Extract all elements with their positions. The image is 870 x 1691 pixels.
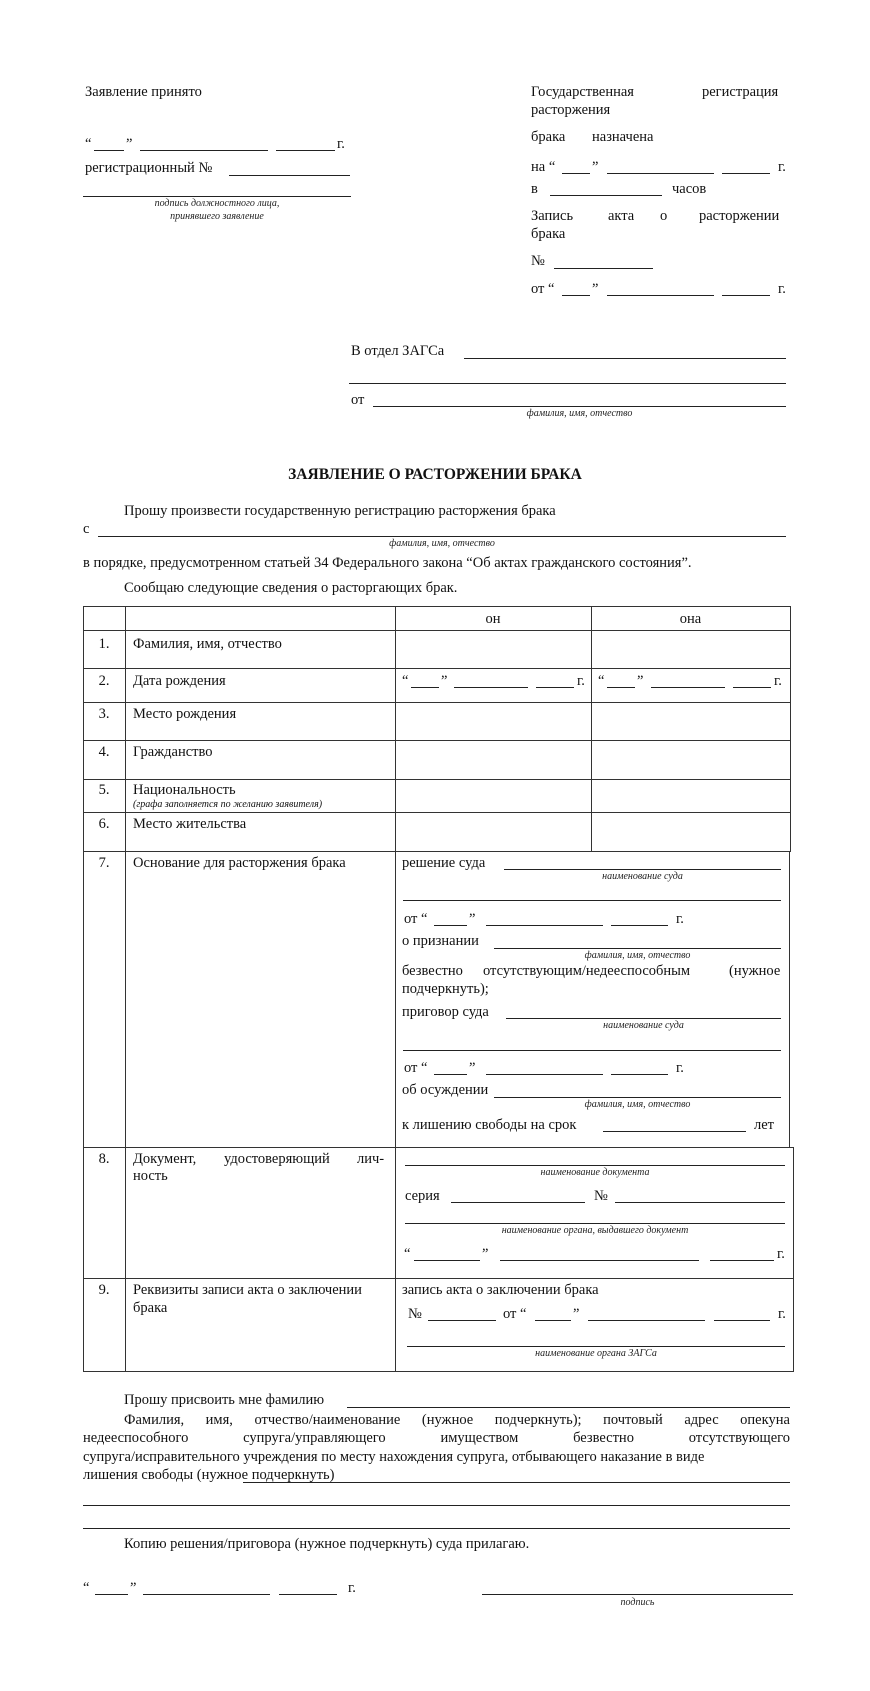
sign-month-field[interactable]	[143, 1594, 270, 1595]
years-label: лет	[754, 1117, 774, 1134]
doc-label-word2: удостоверяющий	[224, 1151, 330, 1168]
he-birth-year-field[interactable]	[536, 687, 574, 688]
guardian-address-field-3[interactable]	[83, 1528, 790, 1529]
record-word2: акта	[608, 208, 634, 225]
guardian-address-field-2[interactable]	[83, 1505, 790, 1506]
she-fio-cell[interactable]	[592, 631, 789, 667]
doc-label-line2: ность	[133, 1168, 168, 1185]
issue-year-field[interactable]	[710, 1260, 774, 1261]
she-nationality-cell[interactable]	[592, 780, 789, 811]
conviction-fio-field[interactable]	[494, 1097, 781, 1098]
decision-from-label: от “	[404, 911, 427, 928]
recognition-fio-caption: фамилия, имя, отчество	[494, 950, 781, 961]
verdict-court-field[interactable]	[506, 1018, 781, 1019]
accepted-date-open-quote: “	[85, 136, 91, 153]
row-label-citizenship: Гражданство	[133, 744, 213, 761]
marriage-number-label: №	[408, 1306, 422, 1323]
reg-number-label: регистрационный №	[85, 160, 212, 177]
she-birth-month-field[interactable]	[651, 687, 725, 688]
missing-word1: безвестно	[402, 963, 463, 980]
applicant-fio-field[interactable]	[373, 406, 786, 407]
law-text: в порядке, предусмотренном статьей 34 Фе…	[83, 555, 692, 572]
doc-number-field[interactable]	[615, 1202, 785, 1203]
table-border	[83, 1147, 794, 1148]
record-word1: Запись	[531, 208, 573, 225]
row-number: 1.	[84, 636, 124, 653]
doc-label-word1: Документ,	[133, 1151, 196, 1168]
row-number: 9.	[84, 1282, 124, 1299]
marriage-number-field[interactable]	[428, 1320, 496, 1321]
decision-close-quote: ”	[469, 911, 475, 928]
signature-caption: подпись	[482, 1597, 793, 1608]
doc-number-label: №	[594, 1188, 608, 1205]
marriage-record-label-1: Реквизиты записи акта о заключении	[133, 1282, 362, 1299]
verdict-court-caption: наименование суда	[506, 1020, 781, 1031]
scheduled-on-label: на “	[531, 159, 555, 176]
record-close-quote: ”	[592, 281, 598, 298]
doc-label-word3: лич-	[357, 1151, 384, 1168]
issue-month-field[interactable]	[500, 1260, 699, 1261]
scheduled-word: назначена	[592, 129, 653, 146]
she-residence-cell[interactable]	[592, 813, 789, 850]
court-name-caption: наименование суда	[504, 871, 781, 882]
missing-word3: (нужное	[729, 963, 780, 980]
guardian-line-2: недееспособного супруга/управляющего иму…	[83, 1430, 790, 1447]
column-he: он	[395, 611, 591, 628]
issue-year-suffix: г.	[777, 1246, 785, 1263]
accepted-day-field[interactable]	[94, 150, 124, 151]
issue-open-quote: “	[404, 1246, 410, 1263]
guardian-word: супруга/управляющего	[243, 1430, 386, 1447]
zags-name-field[interactable]	[464, 358, 786, 359]
row-label-nationality: Национальность	[133, 782, 236, 799]
marriage-record-label-2: брака	[133, 1300, 167, 1317]
sign-date-close-quote: ”	[130, 1580, 136, 1597]
series-field[interactable]	[451, 1202, 585, 1203]
doc-name-field[interactable]	[405, 1165, 785, 1166]
official-signature-field[interactable]	[83, 196, 351, 197]
guardian-word: безвестно	[573, 1430, 634, 1447]
zags-organ-caption: наименование органа ЗАГСа	[407, 1348, 785, 1359]
signature-caption-1: подпись должностного лица,	[83, 198, 351, 209]
scheduled-close-quote: ”	[592, 159, 598, 176]
decision-year-suffix: г.	[676, 911, 684, 928]
spouse-fio-field[interactable]	[98, 536, 786, 537]
table-border	[125, 606, 126, 1371]
he-nationality-cell[interactable]	[396, 780, 590, 811]
she-birth-open-quote: “	[598, 673, 604, 690]
applicant-fio-caption: фамилия, имя, отчество	[373, 408, 786, 419]
accepted-year-field[interactable]	[276, 150, 335, 151]
record-word4: расторжении	[699, 208, 779, 225]
he-citizenship-cell[interactable]	[396, 741, 590, 778]
at-label: в	[531, 181, 538, 198]
guardian-word: отсутствующего	[689, 1430, 790, 1447]
marriage-month-field[interactable]	[588, 1320, 705, 1321]
guardian-word: имя,	[206, 1412, 233, 1429]
issue-day-field[interactable]	[414, 1260, 480, 1261]
table-border	[83, 851, 791, 852]
marriage-year-suffix: г.	[778, 1306, 786, 1323]
he-fio-cell[interactable]	[396, 631, 590, 667]
sign-day-field[interactable]	[95, 1594, 128, 1595]
he-birth-year-suffix: г.	[577, 673, 585, 690]
signature-caption-2: принявшего заявление	[83, 211, 351, 222]
doc-name-caption: наименование документа	[405, 1167, 785, 1178]
decision-month-field[interactable]	[486, 925, 603, 926]
row-label-birthplace: Место рождения	[133, 706, 236, 723]
marriage-word: брака	[531, 129, 565, 146]
record-month-field[interactable]	[607, 295, 714, 296]
row-number: 5.	[84, 782, 124, 799]
row-number: 7.	[84, 855, 124, 872]
verdict-close-quote: ”	[469, 1060, 475, 1077]
table-border	[83, 1371, 794, 1372]
marriage-from-label: от “	[503, 1306, 526, 1323]
row-number: 4.	[84, 744, 124, 761]
scheduled-year-suffix: г.	[778, 159, 786, 176]
issuer-field[interactable]	[405, 1223, 785, 1224]
accepted-month-field[interactable]	[140, 150, 268, 151]
guardian-word: (нужное	[422, 1412, 473, 1429]
he-birth-close-quote: ”	[441, 673, 447, 690]
nationality-note: (графа заполняется по желанию заявителя)	[133, 799, 322, 810]
verdict-year-field[interactable]	[611, 1074, 668, 1075]
record-marriage-word: брака	[531, 226, 565, 243]
scheduled-day-field[interactable]	[562, 173, 590, 174]
table-border	[789, 851, 790, 1147]
she-birth-day-field[interactable]	[607, 687, 635, 688]
recognition-label: о признании	[402, 933, 479, 950]
conviction-label: об осуждении	[402, 1082, 488, 1099]
record-year-field[interactable]	[722, 295, 770, 296]
she-birth-close-quote: ”	[637, 673, 643, 690]
deprivation-term-field[interactable]	[603, 1131, 746, 1132]
record-day-field[interactable]	[562, 295, 590, 296]
guardian-word: отчество/наименование	[254, 1412, 400, 1429]
marriage-day-field[interactable]	[535, 1320, 571, 1321]
decision-day-field[interactable]	[434, 925, 467, 926]
he-birth-open-quote: “	[402, 673, 408, 690]
guardian-line-3: супруга/исправительного учреждения по ме…	[83, 1449, 704, 1466]
sign-year-suffix: г.	[348, 1580, 356, 1597]
marriage-year-field[interactable]	[714, 1320, 770, 1321]
table-border	[83, 1278, 794, 1279]
he-birthplace-cell[interactable]	[396, 703, 590, 739]
verdict-day-field[interactable]	[434, 1074, 467, 1075]
she-birthplace-cell[interactable]	[592, 703, 789, 739]
verdict-month-field[interactable]	[486, 1074, 603, 1075]
accepted-date-close-quote: ”	[126, 136, 132, 153]
court-decision-label: решение суда	[402, 855, 485, 872]
missing-word2: отсутствующим/недееспособным	[483, 963, 690, 980]
she-birth-year-field[interactable]	[733, 687, 771, 688]
scheduled-month-field[interactable]	[607, 173, 714, 174]
record-from-label: от “	[531, 281, 554, 298]
row-label-grounds: Основание для расторжения брака	[133, 855, 346, 872]
table-border	[83, 668, 791, 669]
guardian-word: опекуна	[740, 1412, 790, 1429]
record-number-field[interactable]	[554, 268, 653, 269]
to-zags-label: В отдел ЗАГСа	[351, 343, 444, 360]
zags-name-field-2[interactable]	[349, 383, 786, 384]
she-citizenship-cell[interactable]	[592, 741, 789, 778]
court-decision-field[interactable]	[504, 869, 781, 870]
he-birth-month-field[interactable]	[454, 687, 528, 688]
guardian-word: адрес	[684, 1412, 718, 1429]
record-year-suffix: г.	[778, 281, 786, 298]
spouse-fio-caption: фамилия, имя, отчество	[98, 538, 786, 549]
row-label-birthdate: Дата рождения	[133, 673, 226, 690]
with-label: с	[83, 521, 89, 538]
table-border	[790, 606, 791, 851]
row-number: 6.	[84, 816, 124, 833]
applicant-signature-field[interactable]	[482, 1594, 793, 1595]
marriage-record-text: запись акта о заключении брака	[402, 1282, 599, 1299]
table-border	[793, 1147, 794, 1371]
new-surname-field[interactable]	[347, 1407, 790, 1408]
he-birth-day-field[interactable]	[411, 687, 439, 688]
reg-number-field[interactable]	[229, 175, 350, 176]
marriage-close-quote: ”	[573, 1306, 579, 1323]
row-number: 3.	[84, 706, 124, 723]
underline-note: подчеркнуть);	[402, 981, 489, 998]
accepted-label: Заявление принято	[85, 84, 202, 101]
scheduled-year-field[interactable]	[722, 173, 770, 174]
guardian-word: Фамилия,	[124, 1412, 184, 1429]
he-residence-cell[interactable]	[396, 813, 590, 850]
court-decision-field-2[interactable]	[403, 900, 781, 901]
state-reg-word2: регистрация	[702, 84, 778, 101]
verdict-year-suffix: г.	[676, 1060, 684, 1077]
guardian-word: почтовый	[603, 1412, 663, 1429]
hours-label: часов	[672, 181, 706, 198]
scheduled-time-field[interactable]	[550, 195, 662, 196]
recognition-fio-field[interactable]	[494, 948, 781, 949]
request-text: Прошу произвести государственную регистр…	[124, 503, 556, 520]
issuer-caption: наименование органа, выдавшего документ	[405, 1225, 785, 1236]
record-word3: о	[660, 208, 667, 225]
row-label-residence: Место жительства	[133, 816, 246, 833]
deprivation-label: к лишению свободы на срок	[402, 1117, 576, 1134]
issue-close-quote: ”	[482, 1246, 488, 1263]
zags-organ-field[interactable]	[407, 1346, 785, 1347]
verdict-from-label: от “	[404, 1060, 427, 1077]
row-number: 8.	[84, 1151, 124, 1168]
guardian-line-1: Фамилия, имя, отчество/наименование (нуж…	[124, 1412, 790, 1429]
info-text: Сообщаю следующие сведения о расторгающи…	[124, 580, 457, 597]
accepted-year-suffix: г.	[337, 136, 345, 153]
verdict-court-field-2[interactable]	[403, 1050, 781, 1051]
attach-text: Копию решения/приговора (нужное подчеркн…	[124, 1536, 529, 1553]
decision-year-field[interactable]	[611, 925, 668, 926]
guardian-address-field[interactable]	[243, 1482, 790, 1483]
conviction-fio-caption: фамилия, имя, отчество	[494, 1099, 781, 1110]
surname-request-text: Прошу присвоить мне фамилию	[124, 1392, 324, 1409]
sign-date-open-quote: “	[83, 1580, 89, 1597]
record-number-label: №	[531, 253, 545, 270]
from-label: от	[351, 392, 364, 409]
guardian-word: имуществом	[440, 1430, 518, 1447]
row-number: 2.	[84, 673, 124, 690]
guardian-word: подчеркнуть);	[495, 1412, 582, 1429]
verdict-label: приговор суда	[402, 1004, 489, 1021]
document-title: ЗАЯВЛЕНИЕ О РАСТОРЖЕНИИ БРАКА	[0, 466, 870, 484]
guardian-word: недееспособного	[83, 1430, 188, 1447]
sign-year-field[interactable]	[279, 1594, 337, 1595]
column-she: она	[591, 611, 790, 628]
dissolution-word: расторжения	[531, 102, 610, 119]
table-border	[83, 606, 791, 607]
she-birth-year-suffix: г.	[774, 673, 782, 690]
state-reg-word1: Государственная	[531, 84, 634, 101]
series-label: серия	[405, 1188, 440, 1205]
row-label-fio: Фамилия, имя, отчество	[133, 636, 282, 653]
